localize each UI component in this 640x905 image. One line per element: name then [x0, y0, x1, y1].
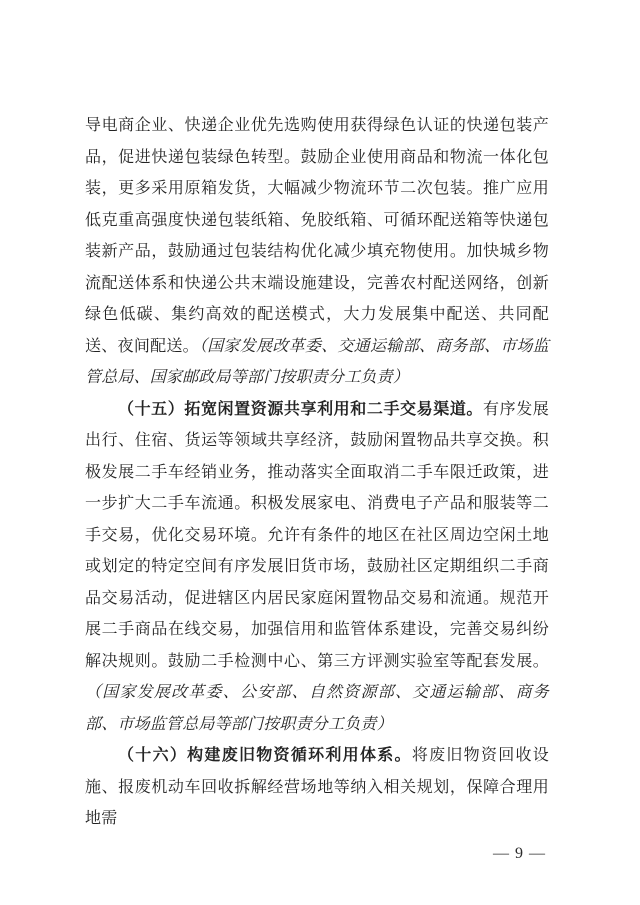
paragraph: （十五）拓宽闲置资源共享利用和二手交易渠道。有序发展出行、住宿、货运等领域共享经… — [85, 394, 549, 741]
section-heading: （十六）构建废旧物资循环利用体系。 — [118, 747, 412, 764]
responsibility-note: （国家发展改革委、公安部、自然资源部、交通运输部、商务部、市场监管总局等部门按职… — [85, 684, 549, 733]
body-text: 导电商企业、快递企业优先选购使用获得绿色认证的快递包装产品，促进快递包装绿色转型… — [85, 117, 549, 355]
body-text: 有序发展出行、住宿、货运等领域共享经济，鼓励闲置物品共享交换。积极发展二手车经销… — [85, 401, 549, 670]
section-heading: （十五）拓宽闲置资源共享利用和二手交易渠道。 — [118, 401, 483, 418]
document-body: 导电商企业、快递企业优先选购使用获得绿色认证的快递包装产品，促进快递包装绿色转型… — [85, 110, 549, 835]
page-number: — 9 — — [85, 844, 549, 864]
paragraph: 导电商企业、快递企业优先选购使用获得绿色认证的快递包装产品，促进快递包装绿色转型… — [85, 110, 549, 394]
paragraph: （十六）构建废旧物资循环利用体系。将废旧物资回收设施、报废机动车回收拆解经营场地… — [85, 740, 549, 835]
document-page: 导电商企业、快递企业优先选购使用获得绿色认证的快递包装产品，促进快递包装绿色转型… — [0, 0, 640, 905]
